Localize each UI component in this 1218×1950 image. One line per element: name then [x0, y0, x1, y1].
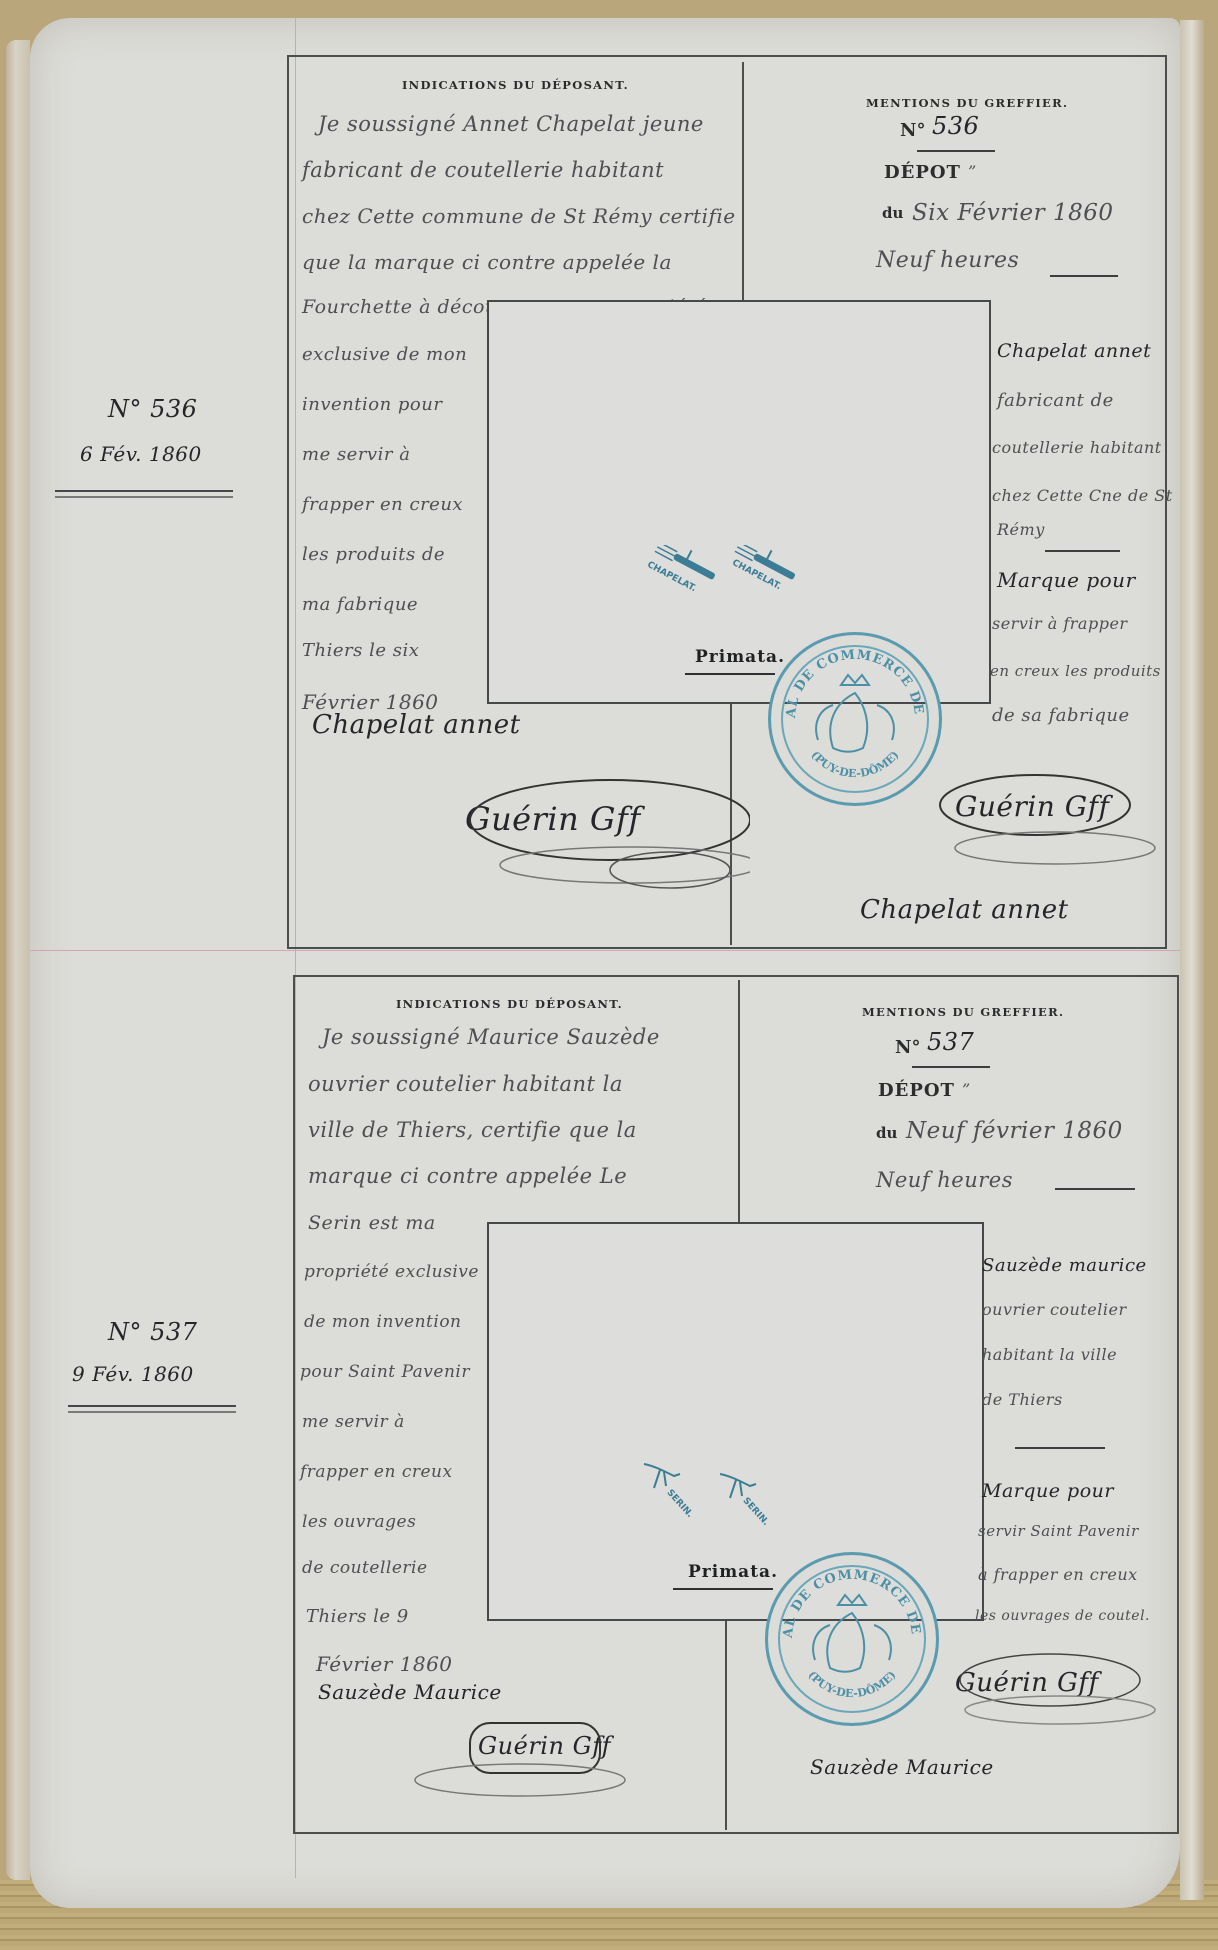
tribunal-seal: TRIBUNAL DE COMMERCE DE THIERS (PUY-DE-D…: [768, 632, 942, 806]
number-label: N°: [900, 120, 925, 141]
column-divider-upper: [738, 980, 740, 1225]
depositor-signature-right: Chapelat annet: [860, 895, 1069, 925]
primata-label: Primata.: [688, 1562, 778, 1582]
svg-text:TRIBUNAL DE COMMERCE DE THIERS: TRIBUNAL DE COMMERCE DE THIERS: [768, 1555, 923, 1641]
margin-double-rule: [68, 1405, 236, 1413]
declaration-line: fabricant de coutellerie habitant: [302, 158, 664, 182]
purpose-line: Marque pour: [997, 568, 1136, 592]
purpose-line: de sa fabrique: [992, 705, 1130, 726]
description-line: Rémy: [997, 520, 1045, 539]
svg-text:(PUY-DE-DÔME): (PUY-DE-DÔME): [805, 1669, 898, 1701]
declaration-line: Thiers le six: [302, 640, 419, 661]
purpose-line: servir Saint Pavenir: [978, 1522, 1139, 1540]
deposit-number: 536: [932, 112, 979, 140]
deposit-number: 537: [927, 1028, 974, 1056]
svg-text:(PUY-DE-DÔME): (PUY-DE-DÔME): [808, 749, 901, 781]
declaration-line: me servir à: [302, 1412, 405, 1432]
date-label: du: [882, 204, 903, 222]
book-page-edges-right: [1180, 20, 1204, 1900]
declaration-line: exclusive de mon: [302, 344, 467, 365]
signature-flourish: [940, 1645, 1170, 1735]
declaration-line: ma fabrique: [302, 594, 418, 615]
purpose-line: les ouvrages de coutel.: [975, 1608, 1150, 1624]
tribunal-seal: TRIBUNAL DE COMMERCE DE THIERS (PUY-DE-D…: [765, 1552, 939, 1726]
column-divider-lower: [725, 1617, 727, 1830]
margin-entry-date: 9 Fév. 1860: [72, 1362, 194, 1386]
declaration-line: que la marque ci contre appelée la: [302, 250, 672, 274]
column-divider-upper: [742, 62, 744, 302]
margin-entry-number: N° 537: [108, 1318, 197, 1346]
depositor-column-header: INDICATIONS DU DÉPOSANT.: [396, 997, 623, 1011]
purpose-line: servir à frapper: [992, 614, 1128, 633]
depot-label: DÉPOT: [878, 1080, 955, 1101]
number-label: N°: [895, 1037, 920, 1058]
declaration-line: marque ci contre appelée Le: [308, 1164, 627, 1188]
description-line: coutellerie habitant: [992, 438, 1162, 457]
declaration-line: les ouvrages: [302, 1512, 416, 1532]
declaration-line: pour Saint Pavenir: [300, 1362, 470, 1382]
declaration-line: frapper en creux: [300, 1462, 453, 1482]
declaration-line: Thiers le 9: [306, 1606, 409, 1627]
declaration-line: me servir à: [302, 444, 410, 465]
deposit-time: Neuf heures: [876, 1168, 1013, 1192]
book-page-edges-left: [6, 40, 30, 1880]
declaration-line: invention pour: [302, 394, 442, 415]
declaration-line: ville de Thiers, certifie que la: [308, 1118, 637, 1142]
description-line: Chapelat annet: [997, 340, 1151, 362]
declaration-line: Février 1860: [316, 1652, 453, 1676]
description-line: de Thiers: [982, 1390, 1063, 1409]
date-label: du: [876, 1124, 897, 1142]
description-line: fabricant de: [997, 390, 1114, 411]
deposit-time: Neuf heures: [876, 248, 1019, 273]
declaration-line: chez Cette commune de St Rémy certifie: [302, 204, 736, 228]
signature-flourish: [380, 1715, 630, 1815]
signature-flourish: [410, 770, 750, 900]
deposit-date: Six Février 1860: [912, 200, 1114, 226]
description-line: habitant la ville: [982, 1345, 1117, 1364]
declaration-line: Je soussigné Maurice Sauzède: [322, 1025, 660, 1049]
declaration-line: frapper en creux: [302, 494, 463, 515]
clerk-column-header: MENTIONS DU GREFFIER.: [862, 1005, 1064, 1019]
declaration-line: les produits de: [302, 544, 445, 565]
margin-entry-number: N° 536: [108, 395, 197, 423]
margin-entry-date: 6 Fév. 1860: [80, 442, 202, 466]
declaration-line: de mon invention: [304, 1312, 462, 1332]
declaration-line: Je soussigné Annet Chapelat jeune: [318, 112, 704, 136]
svg-text:TRIBUNAL DE COMMERCE DE THIERS: TRIBUNAL DE COMMERCE DE THIERS: [771, 635, 926, 721]
deposit-date: Neuf février 1860: [906, 1118, 1123, 1144]
margin-double-rule: [55, 490, 233, 498]
depositor-signature: Chapelat annet: [312, 710, 521, 740]
margin-rule-horizontal: [30, 950, 1180, 951]
purpose-line: à frapper en creux: [978, 1565, 1138, 1584]
declaration-line: propriété exclusive: [304, 1262, 479, 1282]
depot-ditto: ”: [962, 1080, 971, 1099]
declaration-line: ouvrier coutelier habitant la: [308, 1072, 623, 1096]
clerk-column-header: MENTIONS DU GREFFIER.: [866, 96, 1068, 110]
signature-flourish: [915, 760, 1165, 880]
declaration-line: de coutellerie: [302, 1558, 428, 1578]
description-line: ouvrier coutelier: [982, 1300, 1127, 1319]
description-line: Sauzède maurice: [982, 1255, 1147, 1276]
depositor-signature: Sauzède Maurice: [318, 1680, 502, 1704]
depositor-column-header: INDICATIONS DU DÉPOSANT.: [402, 78, 629, 92]
depot-label: DÉPOT: [884, 162, 961, 183]
description-line: chez Cette Cne de St: [992, 486, 1173, 505]
depot-ditto: ”: [968, 162, 977, 181]
depositor-signature-right: Sauzède Maurice: [810, 1755, 994, 1779]
declaration-line: Serin est ma: [308, 1212, 436, 1234]
purpose-line: Marque pour: [982, 1480, 1114, 1502]
purpose-line: en creux les produits: [990, 662, 1161, 680]
